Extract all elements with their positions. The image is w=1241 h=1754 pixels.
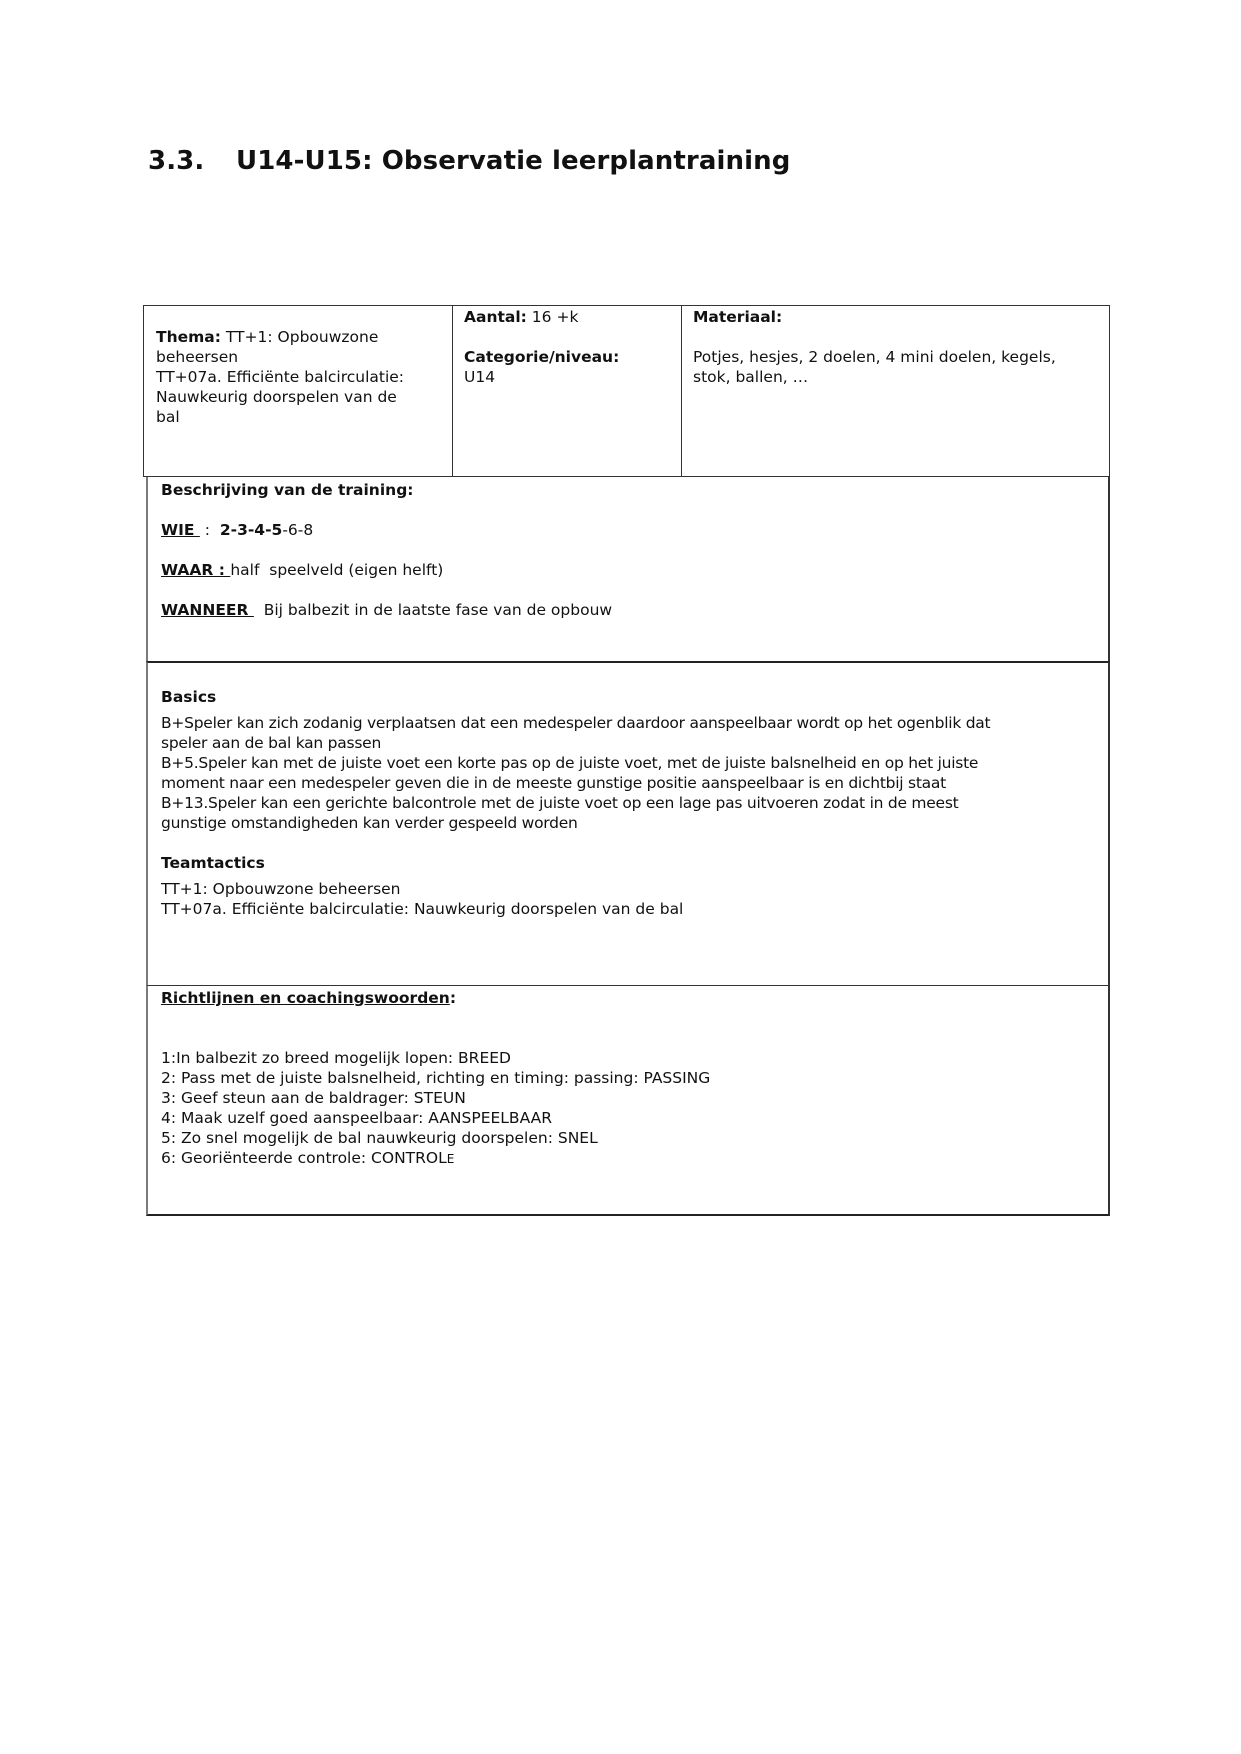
thema-line: beheersen	[156, 347, 440, 367]
basics-line: gunstige omstandigheden kan verder gespe…	[161, 813, 1108, 833]
thema-line: TT+1: Opbouwzone	[221, 328, 378, 346]
wie-row: WIE : 2-3-4-5-6-8	[161, 520, 1108, 540]
materiaal-cell: Materiaal: Potjes, hesjes, 2 doelen, 4 m…	[682, 306, 1109, 476]
description-title: Beschrijving van de training:	[161, 480, 1108, 500]
wie-value: -6-8	[282, 521, 313, 539]
wie-bold-value: 2-3-4-5	[220, 521, 282, 539]
richtlijn-item: 5: Zo snel mogelijk de bal nauwkeurig do…	[161, 1128, 1108, 1148]
thema-label: Thema:	[156, 328, 221, 346]
basics-line: moment naar een medespeler geven die in …	[161, 773, 1108, 793]
wanneer-label: WANNEER	[161, 601, 254, 619]
wie-separator: :	[200, 521, 220, 539]
richtlijnen-colon: :	[450, 989, 456, 1007]
categorie-value: U14	[464, 367, 669, 387]
section-title: U14-U15: Observatie leerplantraining	[236, 146, 790, 176]
richtlijn-item-main: 6: Georiënteerde controle: CONTROL	[161, 1149, 447, 1167]
waar-label: WAAR :	[161, 561, 230, 579]
richtlijn-item: 2: Pass met de juiste balsnelheid, richt…	[161, 1068, 1108, 1088]
waar-row: WAAR : half speelveld (eigen helft)	[161, 560, 1108, 580]
materiaal-line: stok, ballen, …	[693, 367, 1097, 387]
richtlijn-item: 4: Maak uzelf goed aanspeelbaar: AANSPEE…	[161, 1108, 1108, 1128]
richtlijn-item: 3: Geef steun aan de baldrager: STEUN	[161, 1088, 1108, 1108]
teamtactics-text: TT+1: Opbouwzone beheersen TT+07a. Effic…	[161, 879, 1108, 919]
wanneer-value: Bij balbezit in de laatste fase van de o…	[254, 601, 612, 619]
teamtactics-line: TT+1: Opbouwzone beheersen	[161, 879, 1108, 899]
thema-line: bal	[156, 407, 440, 427]
thema-line: TT+07a. Efficiënte balcirculatie:	[156, 367, 440, 387]
thema-cell: Thema: TT+1: Opbouwzone beheersen TT+07a…	[144, 306, 453, 476]
materiaal-label: Materiaal:	[693, 307, 1097, 327]
basics-text: B+Speler kan zich zodanig verplaatsen da…	[161, 713, 1108, 833]
basics-line: B+13.Speler kan een gerichte balcontrole…	[161, 793, 1108, 813]
basics-title: Basics	[161, 687, 1108, 707]
description-box: Beschrijving van de training: WIE : 2-3-…	[146, 477, 1110, 661]
richtlijnen-box: Richtlijnen en coachingswoorden: 1:In ba…	[146, 985, 1110, 1216]
waar-value: half speelveld (eigen helft)	[230, 561, 443, 579]
richtlijnen-title: Richtlijnen en coachingswoorden	[161, 989, 450, 1007]
basics-line: B+5.Speler kan met de juiste voet een ko…	[161, 753, 1108, 773]
basics-line: B+Speler kan zich zodanig verplaatsen da…	[161, 713, 1108, 733]
materiaal-line: Potjes, hesjes, 2 doelen, 4 mini doelen,…	[693, 347, 1097, 367]
wie-label: WIE	[161, 521, 200, 539]
basics-line: speler aan de bal kan passen	[161, 733, 1108, 753]
richtlijn-item-tail: E	[447, 1152, 455, 1166]
teamtactics-title: Teamtactics	[161, 853, 1108, 873]
richtlijn-item: 1:In balbezit zo breed mogelijk lopen: B…	[161, 1048, 1108, 1068]
section-number: 3.3.	[148, 146, 236, 176]
teamtactics-line: TT+07a. Efficiënte balcirculatie: Nauwke…	[161, 899, 1108, 919]
categorie-label: Categorie/niveau:	[464, 347, 669, 367]
aantal-cell: Aantal: 16 +k Categorie/niveau: U14	[453, 306, 682, 476]
richtlijnen-heading: Richtlijnen en coachingswoorden:	[161, 988, 1108, 1008]
overview-table: Thema: TT+1: Opbouwzone beheersen TT+07a…	[143, 305, 1110, 477]
section-heading: 3.3.U14-U15: Observatie leerplantraining	[148, 146, 790, 176]
aantal-value: 16 +k	[527, 308, 579, 326]
aantal-label: Aantal:	[464, 308, 527, 326]
richtlijnen-list: 1:In balbezit zo breed mogelijk lopen: B…	[161, 1048, 1108, 1169]
wanneer-row: WANNEER Bij balbezit in de laatste fase …	[161, 600, 1108, 620]
basics-box: Basics B+Speler kan zich zodanig verplaa…	[146, 661, 1110, 985]
richtlijn-item: 6: Georiënteerde controle: CONTROLE	[161, 1148, 1108, 1169]
thema-line: Nauwkeurig doorspelen van de	[156, 387, 440, 407]
